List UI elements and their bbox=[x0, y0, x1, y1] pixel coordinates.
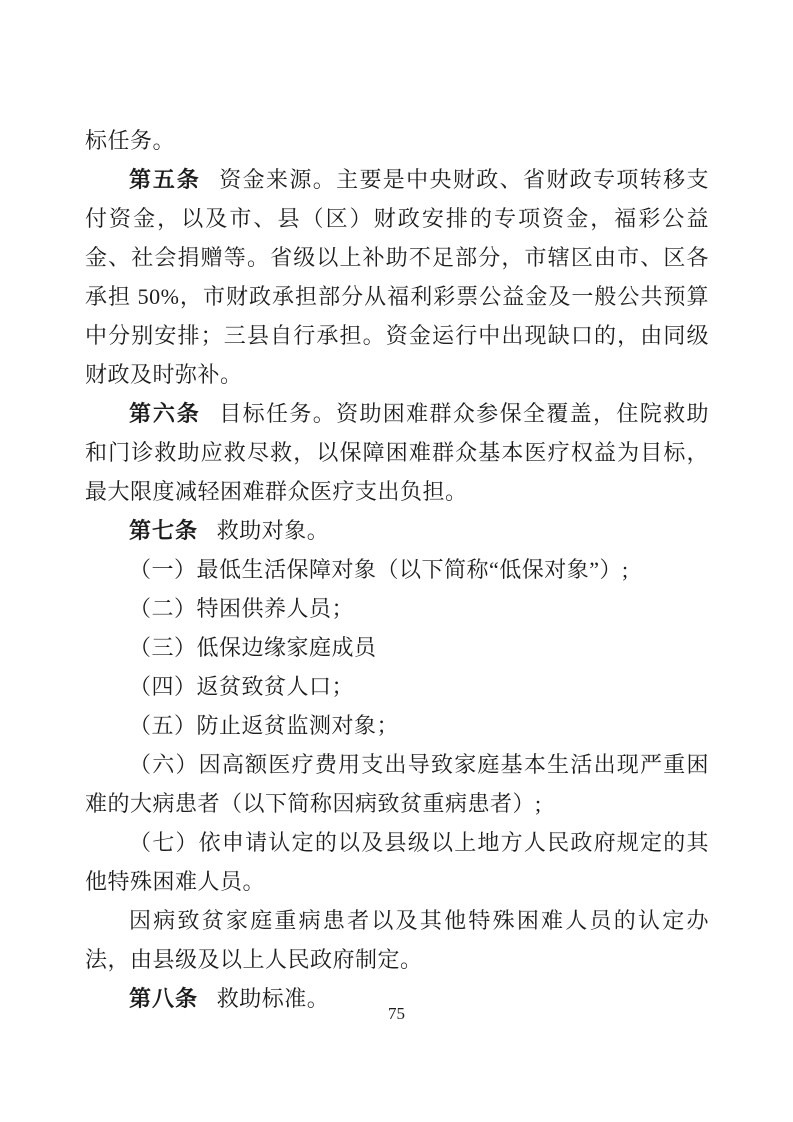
para-text: （一）最低生活保障对象（以下简称“低保对象”）; bbox=[129, 557, 629, 582]
para-text: （四）返贫致贫人口； bbox=[129, 674, 354, 699]
para-text: 资金来源。主要是中央财政、省财政专项转移支付资金，以及市、县（区）财政安排的专项… bbox=[85, 167, 709, 387]
list-item-7: （七）依申请认定的以及县级以上地方人民政府规定的其他特殊困难人员。 bbox=[85, 823, 709, 901]
list-item-1: （一）最低生活保障对象（以下简称“低保对象”）; bbox=[85, 550, 709, 589]
para-text: 因病致贫家庭重病患者以及其他特殊困难人员的认定办法，由县级及以上人民政府制定。 bbox=[85, 908, 709, 972]
document-page: 标任务。 第五条资金来源。主要是中央财政、省财政专项转移支付资金，以及市、县（区… bbox=[0, 0, 793, 1122]
para-text: 救助对象。 bbox=[217, 518, 330, 543]
article-6: 第六条目标任务。资助困难群众参保全覆盖，住院救助和门诊救助应救尽救，以保障困难群… bbox=[85, 394, 709, 511]
page-number: 75 bbox=[0, 1002, 793, 1026]
para-text: （五）防止返贫监测对象； bbox=[129, 713, 399, 738]
article-5: 第五条资金来源。主要是中央财政、省财政专项转移支付资金，以及市、县（区）财政安排… bbox=[85, 160, 709, 394]
list-item-5: （五）防止返贫监测对象； bbox=[85, 706, 709, 745]
para-text: （二）特困供养人员； bbox=[129, 596, 354, 621]
article-7: 第七条救助对象。 bbox=[85, 511, 709, 550]
para-text: （六）因高额医疗费用支出导致家庭基本生活出现严重困难的大病患者（以下简称因病致贫… bbox=[85, 752, 709, 816]
document-text-block: 标任务。 第五条资金来源。主要是中央财政、省财政专项转移支付资金，以及市、县（区… bbox=[85, 121, 709, 1018]
list-item-2: （二）特困供养人员； bbox=[85, 589, 709, 628]
para-text: （七）依申请认定的以及县级以上地方人民政府规定的其他特殊困难人员。 bbox=[85, 830, 709, 894]
para-certification-rule: 因病致贫家庭重病患者以及其他特殊困难人员的认定办法，由县级及以上人民政府制定。 bbox=[85, 901, 709, 979]
list-item-4: （四）返贫致贫人口； bbox=[85, 667, 709, 706]
list-item-6: （六）因高额医疗费用支出导致家庭基本生活出现严重困难的大病患者（以下简称因病致贫… bbox=[85, 745, 709, 823]
para-continuation: 标任务。 bbox=[85, 121, 709, 160]
article-5-label: 第五条 bbox=[129, 167, 201, 192]
list-item-3: （三）低保边缘家庭成员 bbox=[85, 628, 709, 667]
para-text: （三）低保边缘家庭成员 bbox=[129, 635, 377, 660]
para-text: 标任务。 bbox=[85, 128, 175, 153]
article-6-label: 第六条 bbox=[129, 401, 201, 426]
article-7-label: 第七条 bbox=[129, 518, 198, 543]
